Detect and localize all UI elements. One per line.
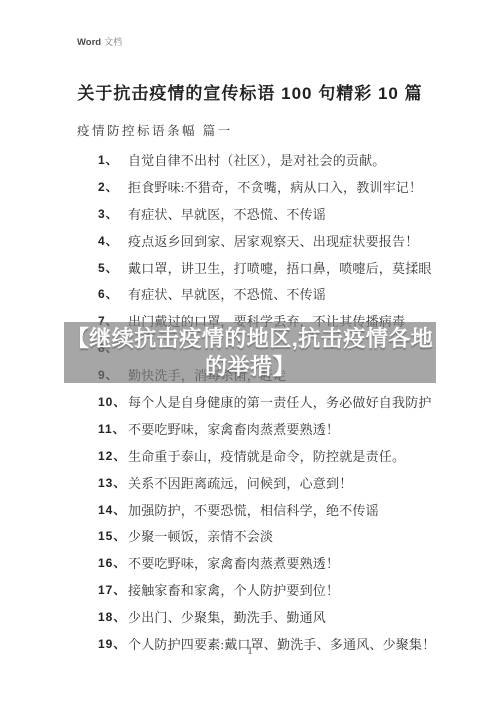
list-item: 13、关系不因距离疏远，问候到，心意到！ (98, 476, 460, 503)
list-item-text: 疫点返乡回到家、居家观察天、出现症状要报告！ (128, 234, 418, 249)
list-item-text: 有症状、早就医，不恐慌、不传谣 (128, 207, 326, 222)
page-title: 关于抗击疫情的宣传标语 100 句精彩 10 篇 (0, 79, 500, 104)
word-doc-logo: Word文档 (77, 37, 122, 48)
list-item: 18、少出门、少聚集，勤洗手、勤通风 (98, 610, 460, 637)
document-page: Word文档 关于抗击疫情的宣传标语 100 句精彩 10 篇 疫情防控标语条幅… (0, 0, 500, 706)
list-item-text: 个人防护四要素:戴口罩、勤洗手、多通风、少聚集！ (128, 637, 435, 652)
list-item: 6、有症状、早就医，不恐慌、不传谣 (98, 287, 460, 314)
overlay-banner-line1: 【继续抗击疫情的地区,抗击疫情各地 (64, 325, 436, 353)
list-item: 2、拒食野味:不猎奇，不贪嘴，病从口入，教训牢记！ (98, 180, 460, 207)
list-item: 16、不要吃野味，家禽畜肉蒸煮要熟透！ (98, 556, 460, 583)
list-item-number: 4、 (98, 234, 128, 249)
brand-doc-label: 文档 (104, 37, 122, 47)
brand-word-label: Word (77, 37, 101, 48)
list-item-text: 生命重于泰山，疫情就是命令，防控就是责任。 (128, 449, 405, 464)
list-item: 11、不要吃野味，家禽畜肉蒸煮要熟透！ (98, 422, 460, 449)
list-item-number: 5、 (98, 261, 128, 276)
list-item-number: 6、 (98, 287, 128, 302)
list-item: 12、生命重于泰山，疫情就是命令，防控就是责任。 (98, 449, 460, 476)
list-item: 19、个人防护四要素:戴口罩、勤洗手、多通风、少聚集！ (98, 637, 460, 664)
slogan-list: 1、自觉自律不出村（社区），是对社会的贡献。2、拒食野味:不猎奇，不贪嘴，病从口… (98, 153, 460, 664)
list-item-number: 16、 (98, 556, 128, 571)
list-item-text: 有症状、早就医，不恐慌、不传谣 (128, 287, 326, 302)
list-item-text: 拒食野味:不猎奇，不贪嘴，病从口入，教训牢记！ (128, 180, 422, 195)
list-item: 14、加强防护，不要恐慌，相信科学，绝不传谣 (98, 503, 460, 530)
list-item-number: 15、 (98, 529, 128, 544)
list-item-number: 19、 (98, 637, 128, 652)
list-item-number: 2、 (98, 180, 128, 195)
overlay-banner-line2: 的举措】 (64, 353, 436, 381)
list-item-number: 1、 (98, 153, 128, 168)
list-item: 10、每个人是自身健康的第一责任人，务必做好自我防护 (98, 395, 460, 422)
list-item-text: 少出门、少聚集，勤洗手、勤通风 (128, 610, 326, 625)
list-item-text: 接触家畜和家禽，个人防护要到位！ (128, 583, 339, 598)
list-item: 15、少聚一顿饭，亲情不会淡 (98, 529, 460, 556)
list-item-text: 每个人是自身健康的第一责任人，务必做好自我防护 (128, 395, 432, 410)
section-heading: 疫情防控标语条幅 篇一 (77, 121, 233, 139)
list-item-text: 不要吃野味，家禽畜肉蒸煮要熟透！ (128, 556, 339, 571)
list-item-number: 13、 (98, 476, 128, 491)
list-item-text: 自觉自律不出村（社区），是对社会的贡献。 (128, 153, 386, 168)
overlay-banner[interactable]: 【继续抗击疫情的地区,抗击疫情各地 的举措】 (64, 322, 436, 383)
list-item: 17、接触家畜和家禽，个人防护要到位！ (98, 583, 460, 610)
list-item-number: 14、 (98, 503, 128, 518)
list-item-number: 18、 (98, 610, 128, 625)
list-item-text: 戴口罩，讲卫生，打喷嚏，捂口鼻，喷嚏后，莫揉眼 (128, 261, 432, 276)
list-item-text: 少聚一顿饭，亲情不会淡 (128, 529, 273, 544)
list-item: 1、自觉自律不出村（社区），是对社会的贡献。 (98, 153, 460, 180)
list-item: 5、戴口罩，讲卫生，打喷嚏，捂口鼻，喷嚏后，莫揉眼 (98, 261, 460, 288)
list-item-number: 12、 (98, 449, 128, 464)
list-item: 4、疫点返乡回到家、居家观察天、出现症状要报告！ (98, 234, 460, 261)
list-item-number: 11、 (98, 422, 128, 437)
list-item-text: 关系不因距离疏远，问候到，心意到！ (128, 476, 352, 491)
list-item-number: 10、 (98, 395, 128, 410)
list-item-number: 3、 (98, 207, 128, 222)
list-item-text: 不要吃野味，家禽畜肉蒸煮要熟透！ (128, 422, 339, 437)
list-item-text: 加强防护，不要恐慌，相信科学，绝不传谣 (128, 503, 379, 518)
list-item-number: 17、 (98, 583, 128, 598)
list-item: 3、有症状、早就医，不恐慌、不传谣 (98, 207, 460, 234)
